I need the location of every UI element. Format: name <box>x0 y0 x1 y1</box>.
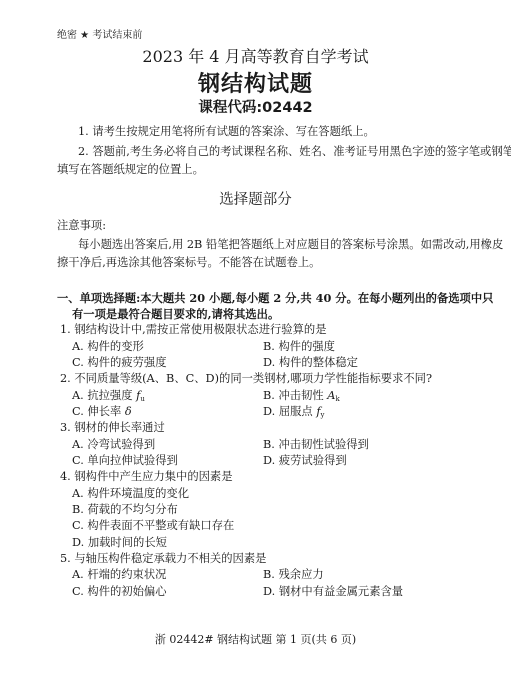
course-code: 课程代码:02442 <box>0 96 511 117</box>
option-a: A. 构件的变形 <box>72 339 144 355</box>
option-a: A. 冷弯试验得到 <box>72 437 155 453</box>
option-c: C. 构件的初始偏心 <box>72 584 167 600</box>
question-stem: 4. 钢构件中产生应力集中的因素是 <box>60 469 233 485</box>
question-stem: 1. 钢结构设计中,需按正常使用极限状态进行验算的是 <box>60 322 327 338</box>
option-c: C. 单向拉伸试验得到 <box>72 453 178 469</box>
option-d: D. 构件的整体稳定 <box>263 355 358 371</box>
subject-title: 钢结构试题 <box>0 67 511 98</box>
question-stem: 5. 与轴压构件稳定承载力不相关的因素是 <box>60 551 266 567</box>
option-b: B. 冲击韧性试验得到 <box>263 437 369 453</box>
option-b: B. 荷载的不均匀分布 <box>72 502 178 518</box>
question-stem: 3. 钢材的伸长率通过 <box>60 420 165 436</box>
option-b: B. 残余应力 <box>263 567 324 583</box>
page-footer: 浙 02442# 钢结构试题 第 1 页(共 6 页) <box>0 631 511 647</box>
option-a: A. 构件环境温度的变化 <box>72 486 189 502</box>
option-c: C. 构件表面不平整或有缺口存在 <box>72 518 234 534</box>
option-d: D. 屈服点 fy <box>263 404 324 423</box>
instruction-2-cont: 填写在答题纸规定的位置上。 <box>57 162 204 178</box>
option-d: D. 疲劳试验得到 <box>263 453 347 469</box>
attention-line-1: 每小题选出答案后,用 2B 铅笔把答题纸上对应题目的答案标号涂黑。如需改动,用橡… <box>78 237 503 253</box>
option-c: C. 伸长率 δ <box>72 404 132 420</box>
attention-line-2: 擦干净后,再选涂其他答案标号。不能答在试题卷上。 <box>57 255 320 271</box>
part-heading-cont: 有一项是最符合题目要求的,请将其选出。 <box>72 306 279 322</box>
question-stem: 2. 不同质量等级(A、B、C、D)的同一类钢材,哪项力学性能指标要求不同? <box>60 371 432 387</box>
option-d: D. 钢材中有益金属元素含量 <box>263 584 403 600</box>
option-b: B. 构件的强度 <box>263 339 335 355</box>
part-heading: 一、单项选择题:本大题共 20 小题,每小题 2 分,共 40 分。在每小题列出… <box>57 290 493 306</box>
option-c: C. 构件的疲劳强度 <box>72 355 167 371</box>
exam-title: 2023 年 4 月高等教育自学考试 <box>0 44 511 67</box>
section-title: 选择题部分 <box>0 188 511 209</box>
instruction-2: 2. 答题前,考生务必将自己的考试课程名称、姓名、准考证号用黑色字迹的签字笔或钢… <box>78 144 511 160</box>
option-a: A. 杆端的约束状况 <box>72 567 166 583</box>
instruction-1: 1. 请考生按规定用笔将所有试题的答案涂、写在答题纸上。 <box>78 124 375 140</box>
option-d: D. 加载时间的长短 <box>72 535 167 551</box>
confidential-label: 绝密 ★ 考试结束前 <box>57 26 142 41</box>
attention-heading: 注意事项: <box>57 218 106 234</box>
